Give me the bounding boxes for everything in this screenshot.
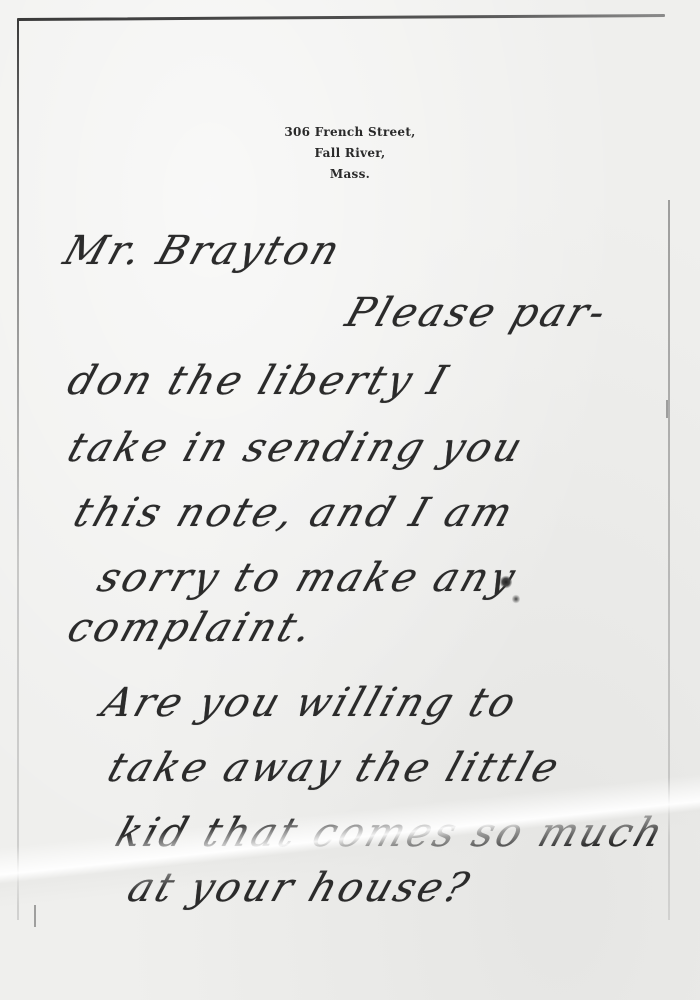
letterhead: 306 French Street, Fall River, Mass. xyxy=(230,122,470,185)
page-left-edge xyxy=(17,20,19,920)
handwritten-line: take in sending you xyxy=(62,425,531,471)
stray-mark xyxy=(666,400,668,418)
letterhead-street: 306 French Street, xyxy=(230,122,470,143)
handwritten-line: don the liberty I xyxy=(62,358,456,404)
handwritten-line: take away the little xyxy=(102,745,567,791)
stray-mark xyxy=(34,905,36,927)
handwritten-line: sorry to make any xyxy=(92,555,524,601)
handwritten-line: this note, and I am xyxy=(68,490,521,536)
ink-blot xyxy=(500,575,512,589)
letterhead-city: Fall River, xyxy=(230,143,470,164)
salutation: Mr. Brayton xyxy=(58,228,348,274)
ink-blot xyxy=(512,594,520,604)
handwritten-line: Please par- xyxy=(340,290,614,336)
handwritten-line: Are you willing to xyxy=(96,680,524,726)
letterhead-state: Mass. xyxy=(230,164,470,185)
handwritten-line: complaint. xyxy=(62,605,321,651)
